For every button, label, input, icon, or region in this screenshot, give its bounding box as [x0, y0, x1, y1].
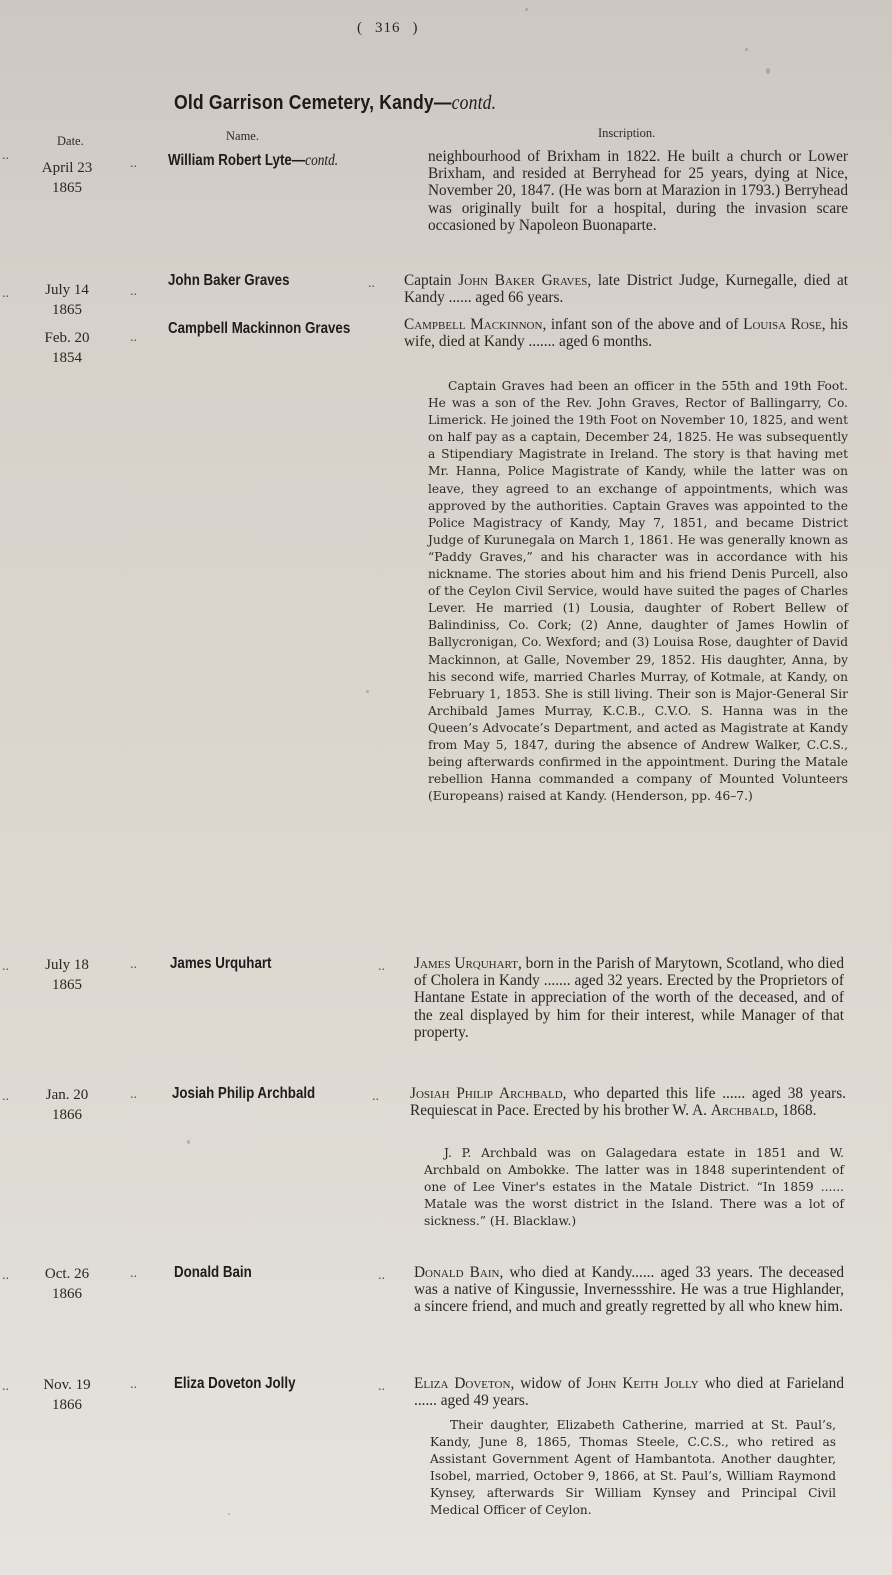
entry-name-suffix: contd. — [305, 152, 338, 169]
paper-speck — [766, 68, 770, 74]
inscription-prefix: Captain — [404, 272, 458, 289]
entry-note: J. P. Archbald was on Galagedara estate … — [424, 1145, 844, 1230]
note-text: Their daughter, Elizabeth Catherine, mar… — [430, 1417, 836, 1520]
entry-date-year: 1854 — [36, 348, 98, 368]
entry-inscription: Campbell Mackinnon, infant son of the ab… — [404, 316, 848, 350]
page-title-suffix: contd. — [452, 92, 497, 114]
leader-dots: .. — [130, 1377, 137, 1393]
column-header-date: Date. — [57, 134, 84, 149]
entry-inscription: Donald Bain, who died at Kandy...... age… — [414, 1264, 844, 1316]
note-text: J. P. Archbald was on Galagedara estate … — [424, 1145, 844, 1230]
entry-date-day: Jan. 20 — [36, 1085, 98, 1105]
leader-dots: .. — [2, 286, 9, 302]
entry-name: John Baker Graves — [168, 272, 290, 290]
leader-dots: .. — [378, 959, 385, 975]
leader-dots: .. — [130, 957, 137, 973]
entry-date: July 18 1865 — [36, 955, 98, 995]
column-header-inscription: Inscription. — [598, 126, 655, 141]
page-title: Old Garrison Cemetery, Kandy—contd. — [174, 92, 496, 115]
leader-dots: .. — [130, 284, 137, 300]
paper-speck — [366, 690, 369, 693]
entry-date-day: April 23 — [36, 158, 98, 178]
inscription-name: James Urquhart — [414, 955, 518, 972]
entry-name: Campbell Mackinnon Graves — [168, 320, 350, 338]
leader-dots: .. — [372, 1089, 379, 1105]
inscription-name: Louisa Rose — [743, 316, 822, 333]
entry-note: Their daughter, Elizabeth Catherine, mar… — [430, 1417, 836, 1520]
entry-date: Feb. 20 1854 — [36, 328, 98, 368]
entry-name-text: William Robert Lyte — [168, 152, 292, 169]
leader-dots: .. — [378, 1268, 385, 1284]
inscription-name: Eliza Doveton — [414, 1375, 510, 1392]
entry-inscription: Eliza Doveton, widow of John Keith Jolly… — [414, 1375, 844, 1409]
inscription-name: John Baker Graves — [458, 272, 587, 289]
entry-date-year: 1866 — [36, 1284, 98, 1304]
leader-dots: .. — [2, 1379, 9, 1395]
entry-date-day: Feb. 20 — [36, 328, 98, 348]
leader-dots: .. — [2, 1089, 9, 1105]
inscription-text: neighbourhood of Brixham in 1822. He bui… — [428, 148, 848, 234]
inscription-text: , infant son of the above and of — [542, 316, 743, 333]
leader-dots: .. — [130, 1266, 137, 1282]
entry-date: Nov. 19 1866 — [36, 1375, 98, 1415]
inscription-name: John Keith Jolly — [587, 1375, 699, 1392]
entry-inscription: Josiah Philip Archbald, who departed thi… — [410, 1085, 846, 1119]
inscription-text: , 1868. — [774, 1102, 816, 1119]
entry-date-day: Nov. 19 — [36, 1375, 98, 1395]
entry-date-day: Oct. 26 — [36, 1264, 98, 1284]
note-text: Captain Graves had been an officer in th… — [428, 378, 848, 805]
page-number-value: 316 — [375, 20, 401, 36]
entry-date-year: 1865 — [36, 178, 98, 198]
page-title-text: Old Garrison Cemetery, Kandy — [174, 92, 434, 114]
entry-inscription: neighbourhood of Brixham in 1822. He bui… — [428, 148, 848, 234]
entry-date-year: 1866 — [36, 1105, 98, 1125]
leader-dots: .. — [378, 1379, 385, 1395]
entry-name: William Robert Lyte—contd. — [168, 152, 338, 170]
leader-dots: .. — [368, 276, 375, 292]
page-number: (316) — [345, 20, 431, 37]
inscription-name: Archbald — [711, 1102, 775, 1119]
leader-dots: .. — [130, 156, 137, 172]
inscription-name: Donald Bain — [414, 1264, 499, 1281]
entry-date-year: 1865 — [36, 975, 98, 995]
leader-dots: .. — [2, 1268, 9, 1284]
leader-dots: .. — [2, 148, 9, 164]
leader-dots: .. — [130, 1087, 137, 1103]
leader-dots: .. — [130, 330, 137, 346]
entry-date-year: 1865 — [36, 300, 98, 320]
entry-name: James Urquhart — [170, 955, 271, 973]
entry-date-day: July 14 — [36, 280, 98, 300]
entry-date-year: 1866 — [36, 1395, 98, 1415]
inscription-name: Josiah Philip Archbald — [410, 1085, 563, 1102]
entry-date: April 23 1865 — [36, 158, 98, 198]
entry-date-day: July 18 — [36, 955, 98, 975]
entry-note: Captain Graves had been an officer in th… — [428, 378, 848, 805]
paper-speck — [745, 48, 748, 51]
entry-inscription: Captain John Baker Graves, late District… — [404, 272, 848, 306]
entry-name: Donald Bain — [174, 1264, 252, 1282]
inscription-text: , widow of — [510, 1375, 586, 1392]
entry-inscription: James Urquhart, born in the Parish of Ma… — [414, 955, 844, 1041]
column-header-name: Name. — [226, 129, 259, 144]
leader-dots: .. — [2, 959, 9, 975]
entry-name: Eliza Doveton Jolly — [174, 1375, 295, 1393]
inscription-name: Campbell Mackinnon — [404, 316, 542, 333]
entry-date: Oct. 26 1866 — [36, 1264, 98, 1304]
entry-name: Josiah Philip Archbald — [172, 1085, 315, 1103]
paper-speck — [187, 1140, 190, 1144]
paper-speck — [525, 8, 528, 11]
entry-date: Jan. 20 1866 — [36, 1085, 98, 1125]
paper-speck — [228, 1513, 230, 1515]
entry-date: July 14 1865 — [36, 280, 98, 320]
